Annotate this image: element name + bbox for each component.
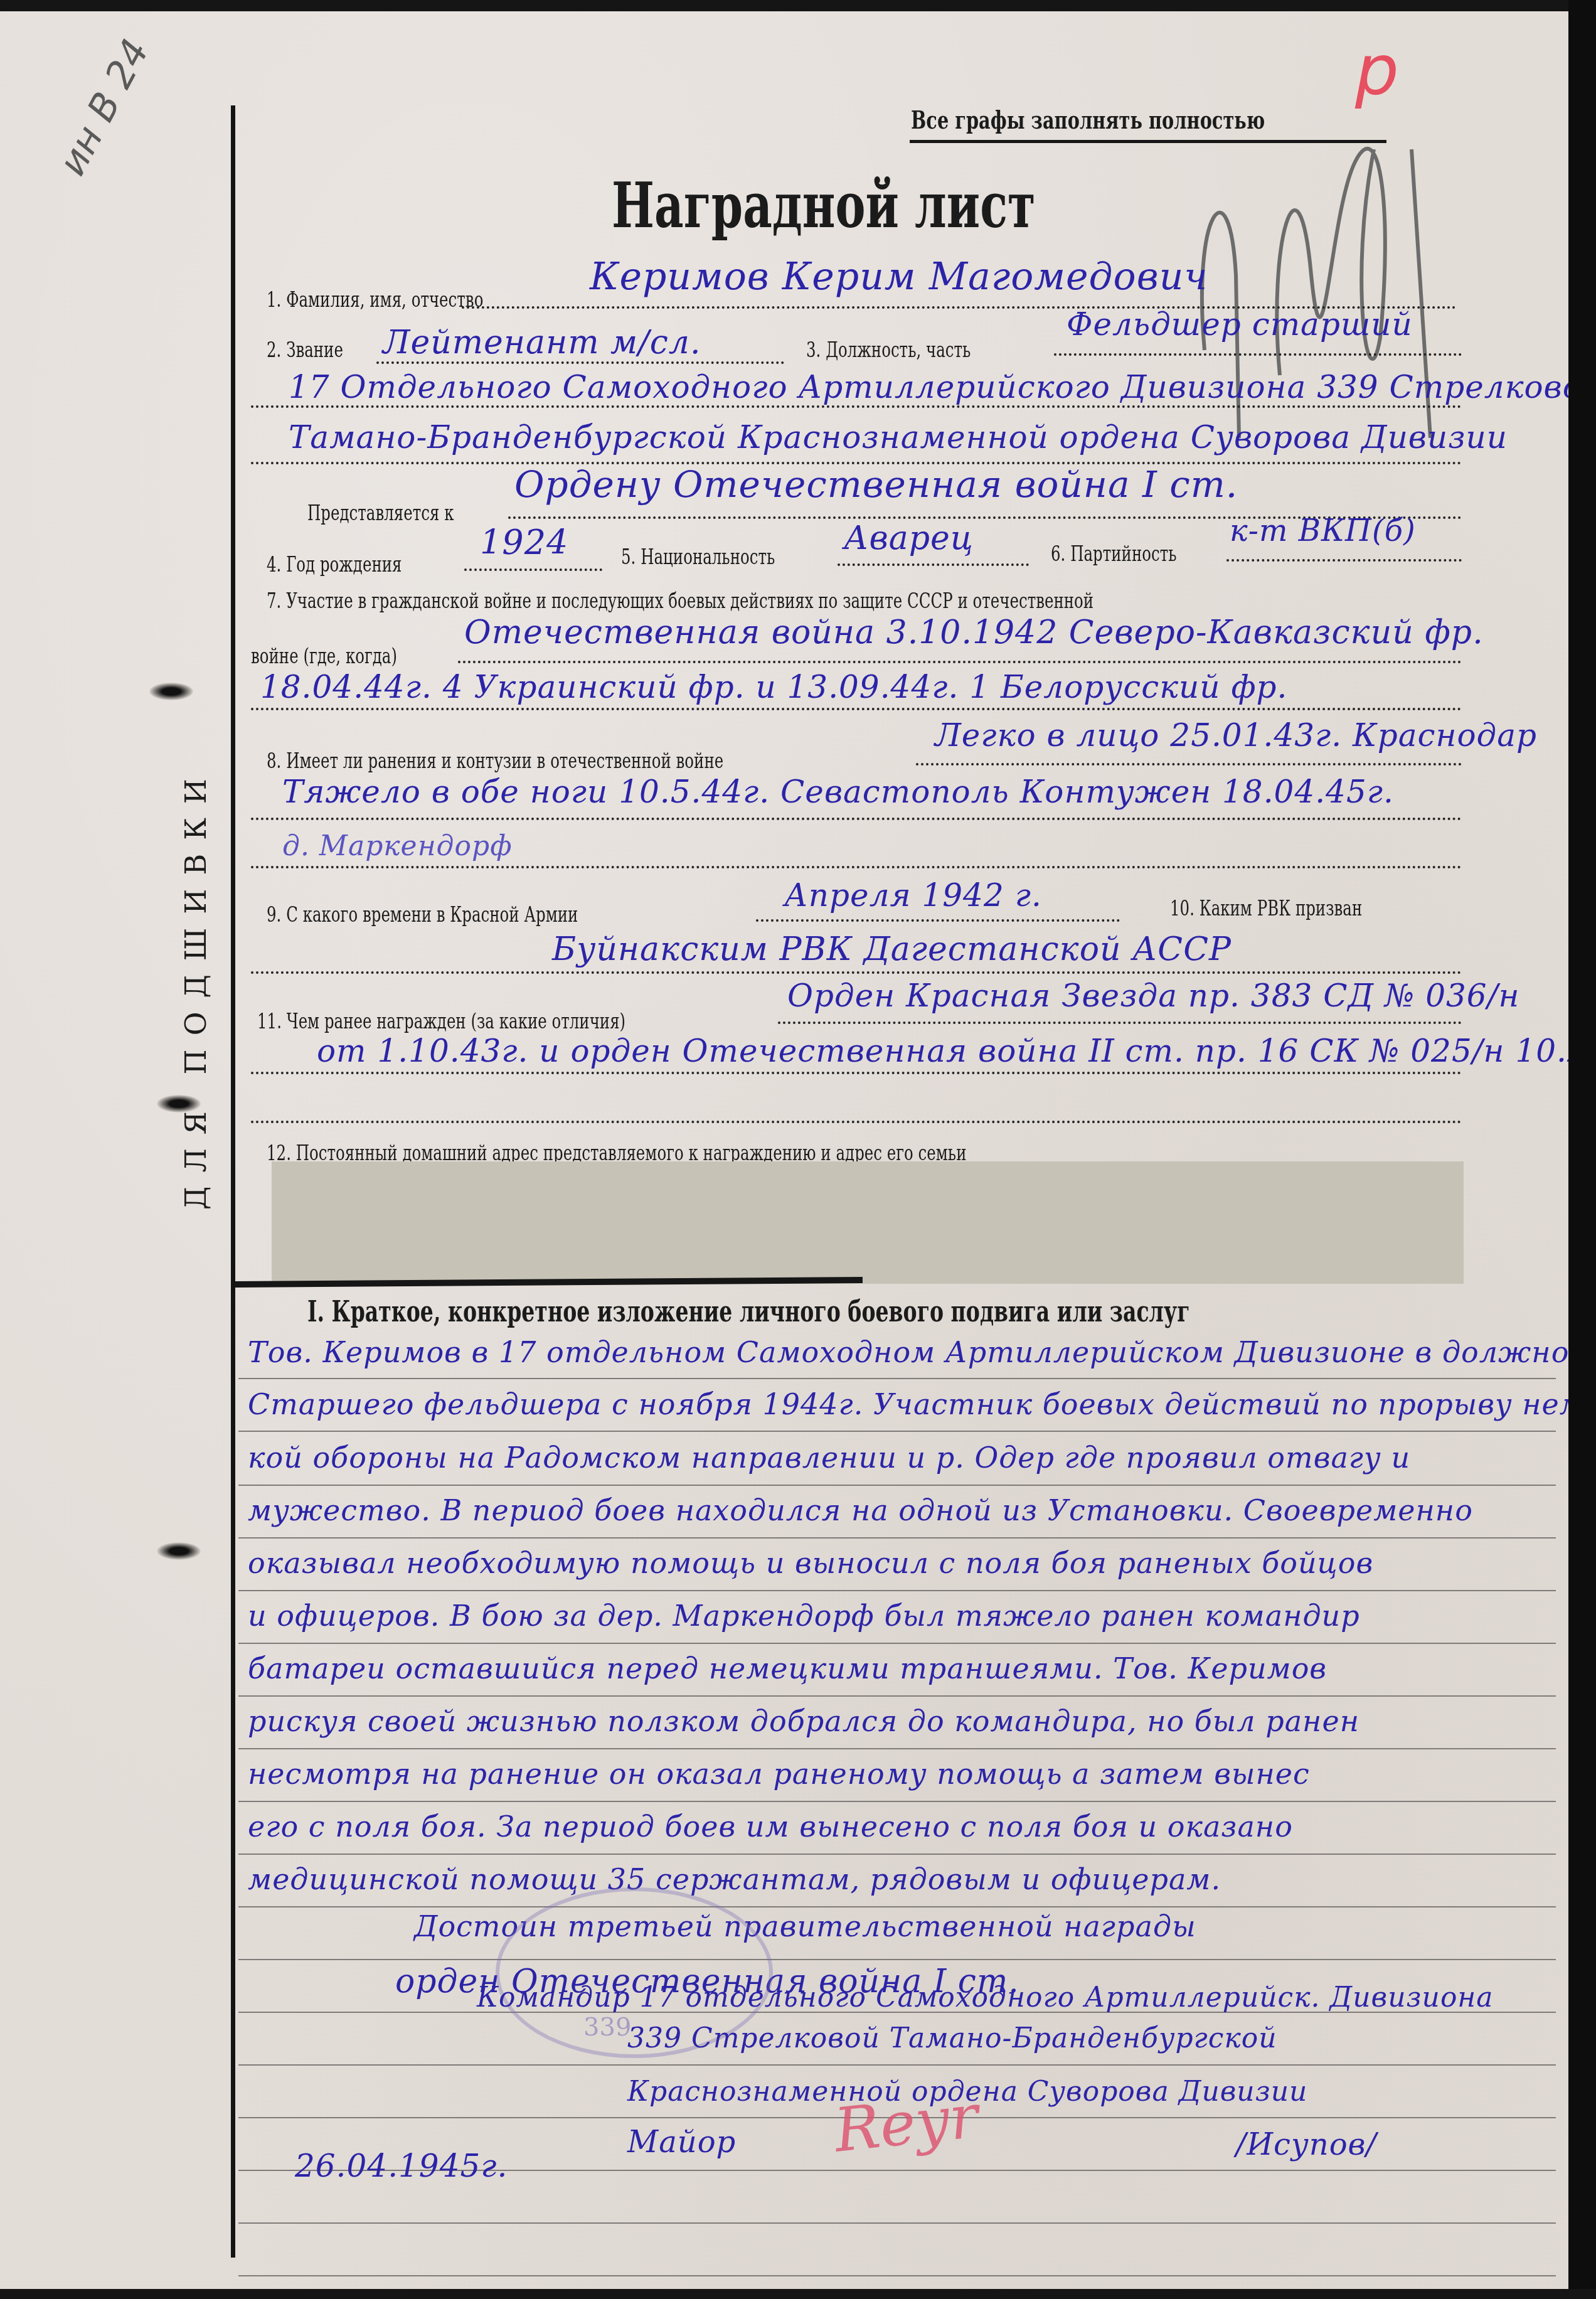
field-2-label: 2. Звание (267, 338, 373, 363)
field-7-label-line2: войне (где, когда) (251, 644, 454, 669)
field-3-value-line3: Тамано-Бранденбургской Краснознаменной о… (289, 419, 1508, 456)
field-3-value: Фельдшер старший (1067, 306, 1413, 343)
field-2-value: Лейтенант м/сл. (383, 324, 701, 361)
ruled-line (238, 1431, 1556, 1432)
field-8-value-line3: д. Маркендорф (282, 830, 513, 862)
field-4-label: 4. Год рождения (267, 552, 454, 577)
ruled-line (238, 1906, 1556, 1907)
ruled-line (238, 1643, 1556, 1644)
field-11-value: Орден Красная Звезда пр. 383 СД № 036/н (787, 978, 1519, 1014)
signature-red: Reyr (831, 2081, 982, 2165)
signatory-title-line1: Командир 17 отдельного Самоходного Артил… (477, 1982, 1494, 2014)
field-2-line (376, 361, 784, 364)
field-10-line (251, 971, 1462, 974)
binding-margin-line (231, 105, 235, 2258)
ruled-line (238, 1378, 1556, 1379)
merit-text-line: оказывал необходимую помощь и выносил с … (248, 1546, 1373, 1580)
field-7-line (458, 661, 1462, 663)
field-10-value: Буйнакским РВК Дагестанской АССР (552, 931, 1232, 968)
field-5-label: 5. Национальность (621, 545, 835, 570)
merit-text-line: его с поля боя. За период боев им вынесе… (248, 1810, 1293, 1843)
field-11-line3 (251, 1121, 1462, 1123)
ruled-line (238, 1537, 1556, 1539)
merit-text-line: батареи оставшийся перед немецкими транш… (248, 1651, 1327, 1685)
merit-text-line: Тов. Керимов в 17 отдельном Самоходном А… (248, 1335, 1596, 1369)
merit-text-line: мужество. В период боев находился на одн… (248, 1493, 1473, 1527)
field-5-line (838, 563, 1029, 566)
ruled-line (238, 1695, 1556, 1697)
scan-edge-right (1568, 0, 1596, 2299)
ruled-line (238, 2275, 1556, 2276)
ruled-line (238, 1748, 1556, 1749)
nominated-value: Ордену Отечественная война I ст. (514, 463, 1238, 506)
pencil-inventory-note: ин В 24 (50, 32, 158, 182)
ruled-line (238, 2222, 1556, 2224)
field-11-line2 (251, 1072, 1462, 1074)
merit-text-line: рискуя своей жизнью ползком добрался до … (248, 1704, 1359, 1738)
field-8-label: 8. Имеет ли ранения и контузии в отечест… (267, 749, 901, 774)
merit-text-line: Старшего фельдшера с ноября 1944г. Участ… (248, 1387, 1596, 1421)
merit-text-line: и офицеров. В бою за дер. Маркендорф был… (248, 1599, 1360, 1633)
merit-text-line: медицинской помощи 35 сержантам, рядовым… (248, 1862, 1221, 1896)
nominated-label: Представляется к (307, 501, 511, 526)
field-11-value-line2: от 1.10.43г. и орден Отечественная война… (317, 1033, 1596, 1069)
field-3-line2 (251, 405, 1462, 408)
punch-hole-icon (157, 1542, 201, 1560)
field-9-label: 9. С какого времени в Красной Армии (267, 902, 699, 927)
merit-text-line: кой обороны на Радомском направлении и р… (248, 1441, 1410, 1475)
field-7-label: 7. Участие в гражданской войне и последу… (267, 589, 1415, 614)
signatory-name: /Исупов/ (1236, 2127, 1377, 2162)
ruled-line (238, 1590, 1556, 1591)
punch-hole-icon (157, 1095, 201, 1112)
field-1-label: 1. Фамилия, имя, отчество (267, 287, 568, 312)
field-7-value: Отечественная война 3.10.1942 Северо-Кав… (464, 614, 1484, 651)
field-7-value-line2: 18.04.44г. 4 Украинский фр. и 13.09.44г.… (260, 669, 1287, 705)
field-8-value-line2: Тяжело в обе ноги 10.5.44г. Севастополь … (282, 774, 1394, 810)
field-8-value: Легко в лицо 25.01.43г. Краснодар (935, 717, 1537, 754)
field-7-line2 (251, 708, 1462, 710)
document-date: 26.04.1945г. (295, 2148, 508, 2184)
field-8-line (916, 763, 1462, 765)
field-3-value-line2: 17 Отдельного Самоходного Артиллерийског… (289, 369, 1596, 405)
signatory-rank: Майор (627, 2125, 736, 2160)
award-sheet: ДЛЯ ПОДШИВКИ ин В 24 Все графы заполнять… (0, 11, 1568, 2289)
field-3-label: 3. Должность, часть (806, 338, 1035, 363)
field-11-label: 11. Чем ранее награжден (за какие отличи… (257, 1009, 769, 1034)
field-11-line (778, 1021, 1462, 1024)
field-6-label: 6. Партийность (1051, 541, 1226, 567)
signatory-title-line2: 339 Стрелковой Тамано-Бранденбургской (627, 2022, 1277, 2054)
section-I-heading: I. Краткое, конкретное изложение личного… (307, 1294, 1533, 1328)
field-6-value: к-т ВКП(б) (1230, 513, 1416, 548)
ruled-line (238, 2064, 1556, 2066)
scan-edge-top (0, 0, 1596, 11)
field-4-value: 1924 (480, 523, 568, 562)
punch-hole-icon (149, 683, 193, 700)
redacted-address-block (272, 1161, 1464, 1284)
field-3-line (1054, 353, 1462, 356)
field-10-label: 10. Каким РВК призван (1170, 896, 1437, 921)
scan-edge-bottom (0, 2289, 1596, 2299)
binding-label: ДЛЯ ПОДШИВКИ (179, 796, 204, 1210)
field-9-line (756, 919, 1120, 922)
page-title: Наградной лист (612, 168, 1200, 242)
ruled-line (238, 1485, 1556, 1486)
field-8-line3 (251, 866, 1462, 868)
merit-text-line: несмотря на ранение он оказал раненому п… (248, 1757, 1310, 1791)
field-9-value: Апреля 1942 г. (784, 877, 1042, 914)
stamp-number: 339 (583, 2013, 631, 2042)
ruled-line (238, 1854, 1556, 1855)
ruled-line (238, 1801, 1556, 1802)
field-6-line (1226, 559, 1462, 562)
field-8-line2 (251, 818, 1462, 820)
ruled-line (238, 1959, 1556, 1960)
field-5-value: Аварец (844, 520, 974, 557)
field-4-line (464, 568, 602, 571)
field-1-value: Керимов Керим Магомедович (590, 255, 1208, 299)
